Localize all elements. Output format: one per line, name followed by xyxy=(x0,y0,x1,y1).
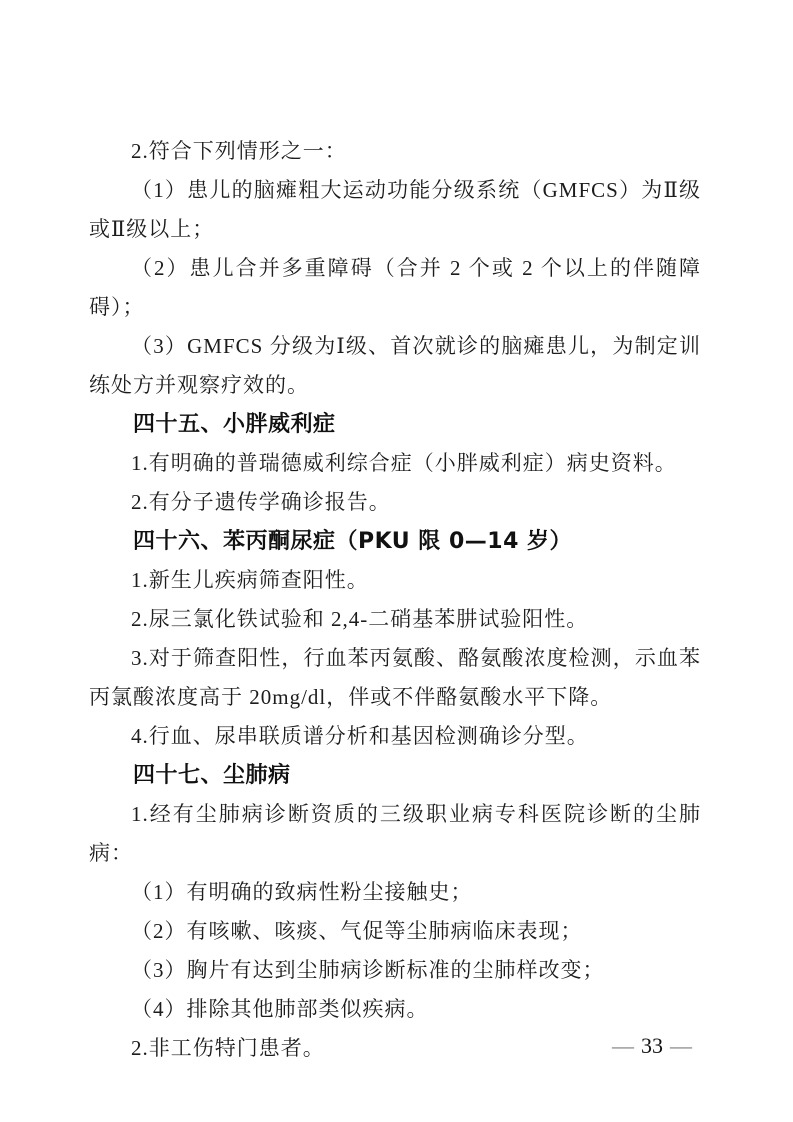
text-column: 2.符合下列情形之一：（1）患儿的脑瘫粗大运动功能分级系统（GMFCS）为Ⅱ级或… xyxy=(89,132,701,1068)
paragraph: 2.符合下列情形之一： xyxy=(89,132,701,171)
paragraph: （2）患儿合并多重障碍（合并 2 个或 2 个以上的伴随障碍）； xyxy=(89,249,701,327)
page-number-right-dash: — xyxy=(670,1033,692,1058)
page-background: 2.符合下列情形之一：（1）患儿的脑瘫粗大运动功能分级系统（GMFCS）为Ⅱ级或… xyxy=(0,0,793,1122)
paragraph: 3.对于筛查阳性，行血苯丙氨酸、酪氨酸浓度检测，示血苯丙氯酸浓度高于 20mg/… xyxy=(89,639,701,717)
page-number-value: 33 xyxy=(634,1033,670,1058)
paragraph: （1）患儿的脑瘫粗大运动功能分级系统（GMFCS）为Ⅱ级或Ⅱ级以上； xyxy=(89,171,701,249)
paragraph: 1.经有尘肺病诊断资质的三级职业病专科医院诊断的尘肺病： xyxy=(89,795,701,873)
section-heading: 四十七、尘肺病 xyxy=(89,756,701,795)
paragraph: （3）胸片有达到尘肺病诊断标准的尘肺样改变； xyxy=(89,951,701,990)
paragraph: 1.有明确的普瑞德威利综合症（小胖威利症）病史资料。 xyxy=(89,444,701,483)
paragraph: （1）有明确的致病性粉尘接触史； xyxy=(89,873,701,912)
paragraph: 4.行血、尿串联质谱分析和基因检测确诊分型。 xyxy=(89,717,701,756)
paragraph: 1.新生儿疾病筛查阳性。 xyxy=(89,561,701,600)
section-heading: 四十六、苯丙酮尿症（PKU 限 0—14 岁） xyxy=(89,522,701,561)
paragraph: 2.有分子遗传学确诊报告。 xyxy=(89,483,701,522)
section-heading: 四十五、小胖威利症 xyxy=(89,405,701,444)
paragraph: 2.非工伤特门患者。 xyxy=(89,1029,701,1068)
page-number: —33— xyxy=(612,1033,692,1059)
document-page: { "page": { "background": "#ffffff", "te… xyxy=(0,0,793,1122)
paragraph: （4）排除其他肺部类似疾病。 xyxy=(89,990,701,1029)
page-number-left-dash: — xyxy=(612,1033,634,1058)
paragraph: （2）有咳嗽、咳痰、气促等尘肺病临床表现； xyxy=(89,912,701,951)
paragraph: （3）GMFCS 分级为Ⅰ级、首次就诊的脑瘫患儿，为制定训练处方并观察疗效的。 xyxy=(89,327,701,405)
paragraph: 2.尿三氯化铁试验和 2,4-二硝基苯肼试验阳性。 xyxy=(89,600,701,639)
